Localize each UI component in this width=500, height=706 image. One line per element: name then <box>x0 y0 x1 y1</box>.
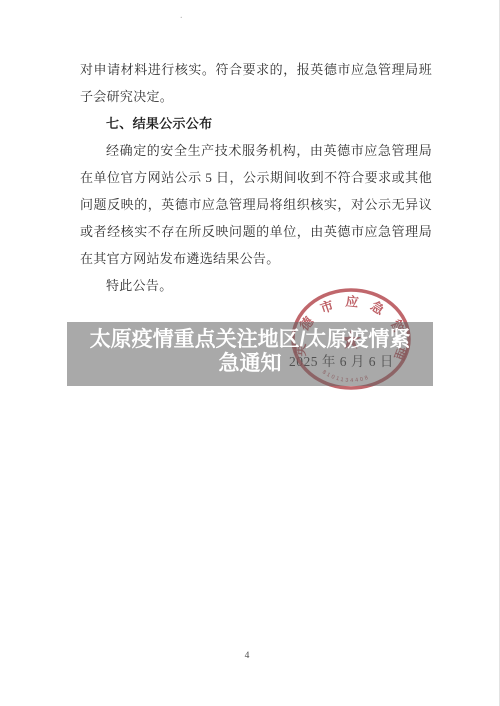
page-number: 4 <box>0 651 494 661</box>
body-line: 经确定的安全生产技术服务机构，由英德市应急管理局 <box>80 137 432 164</box>
body-line: 或者经核实不存在所反映问题的单位，由英德市应急管理局 <box>80 218 432 245</box>
body-line: 对申请材料进行核实。符合要求的，报英德市应急管理局班 <box>80 56 432 83</box>
body-line: 在其官方网站发布遴选结果公告。 <box>80 245 432 272</box>
body-line: 子会研究决定。 <box>80 83 432 110</box>
overlay-caption-banner[interactable]: 太原疫情重点关注地区/太原疫情紧急通知 <box>67 322 433 386</box>
scanned-document-page: . 对申请材料进行核实。符合要求的，报英德市应急管理局班 子会研究决定。 七、结… <box>0 0 500 706</box>
section-heading: 七、结果公示公布 <box>80 110 432 137</box>
document-body: 对申请材料进行核实。符合要求的，报英德市应急管理局班 子会研究决定。 七、结果公… <box>80 56 432 299</box>
body-line: 问题反映的，英德市应急管理局将组织核实，对公示无异议 <box>80 191 432 218</box>
overlay-caption-text: 太原疫情重点关注地区/太原疫情紧急通知 <box>80 328 420 375</box>
stray-mark: . <box>180 10 183 21</box>
body-line: 在单位官方网站公示 5 日，公示期间收到不符合要求或其他 <box>80 164 432 191</box>
